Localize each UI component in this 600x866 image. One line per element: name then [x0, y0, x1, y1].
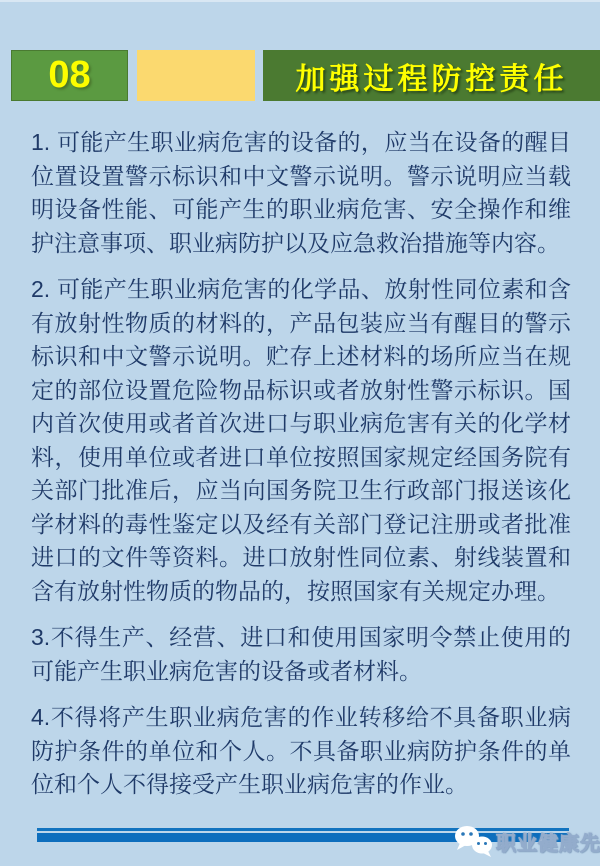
header-spacer-block: [137, 50, 255, 101]
footer-brand: 职业健康先行: [452, 820, 597, 862]
article-body: 1. 可能产生职业病危害的设备的，应当在设备的醒目位置设置警示标识和中文警示说明…: [31, 126, 571, 815]
section-number: 08: [48, 54, 90, 97]
wechat-icon: [452, 823, 496, 859]
article-page: 08 加强过程防控责任 1. 可能产生职业病危害的设备的，应当在设备的醒目位置设…: [0, 0, 600, 866]
section-title: 加强过程防控责任: [296, 54, 568, 98]
paragraph-2: 2. 可能产生职业病危害的化学品、放射性同位素和含有放射性物质的材料的，产品包装…: [31, 273, 571, 608]
paragraph-3: 3.不得生产、经营、进口和使用国家明令禁止使用的可能产生职业病危害的设备或者材料…: [31, 621, 571, 688]
paragraph-1: 1. 可能产生职业病危害的设备的，应当在设备的醒目位置设置警示标识和中文警示说明…: [31, 126, 571, 260]
section-title-bar: 加强过程防控责任: [263, 50, 600, 101]
brand-text: 职业健康先行: [496, 827, 600, 856]
paragraph-4: 4.不得将产生职业病危害的作业转移给不具备职业病防护条件的单位和个人。不具备职业…: [31, 701, 571, 802]
section-number-badge: 08: [11, 50, 128, 101]
